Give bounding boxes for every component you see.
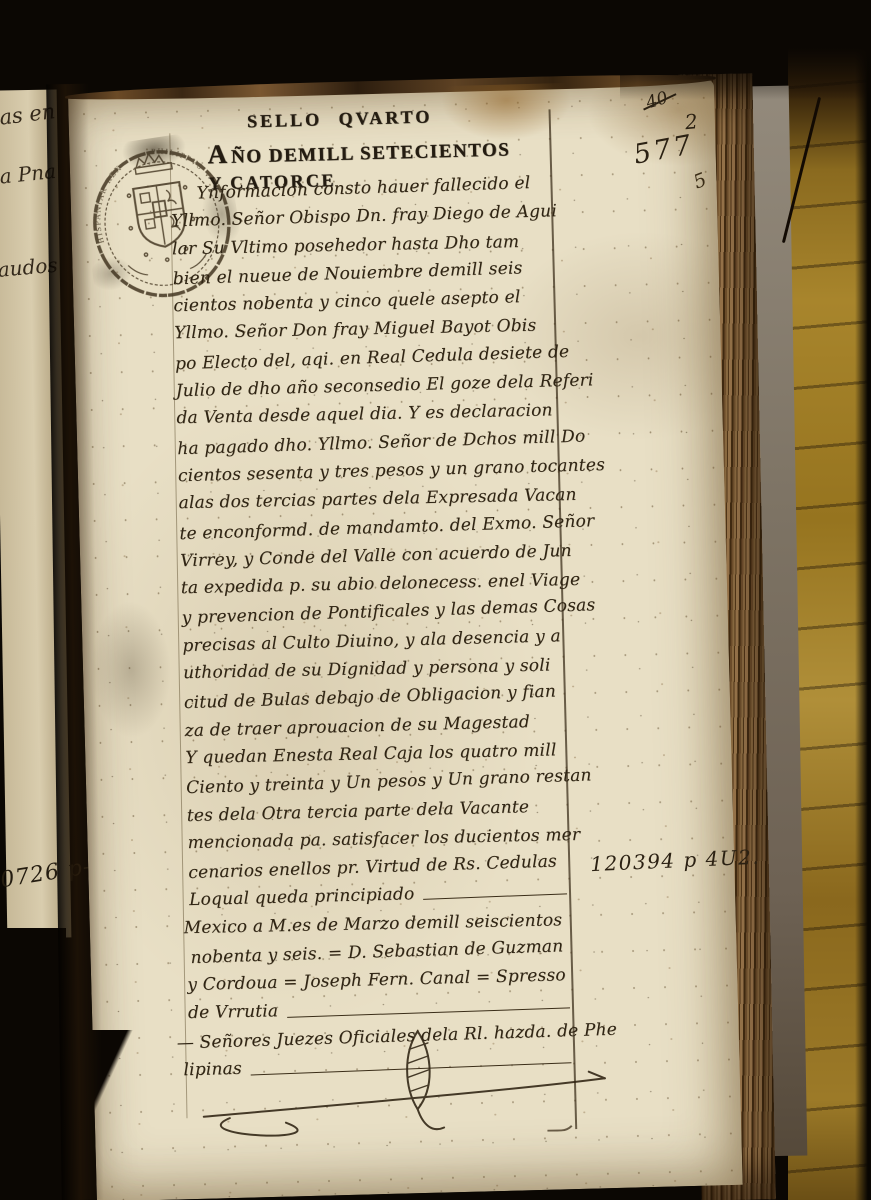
left-shadow [0,928,66,1200]
header-line-2: AÑO DEMILL SETECIENTOS [207,133,464,171]
header-line-1: SELLO QVARTO [206,106,462,134]
facing-page-text-fragment: Yslas en [0,99,56,133]
folio-number: 577 [631,129,696,171]
facing-page-sliver: Yslas enla Pnaecaudos [0,90,71,939]
facing-page-text-fragment: la Pna [0,159,57,189]
manuscript-photo: Yslas enla Pnaecaudos 0726 p-8 [0,0,871,1200]
manuscript-text: Ynformacion consto hauer fallecido elYll… [170,169,574,1084]
ink-rule [424,894,568,901]
manuscript-page: HISPANIAR·REX PHILIPPVS·V SELLO QVARTO A… [68,79,743,1200]
struck-number: 40 [644,88,670,113]
notary-rubric [187,1010,620,1151]
facing-page-text-fragment: ecaudos [0,253,59,284]
